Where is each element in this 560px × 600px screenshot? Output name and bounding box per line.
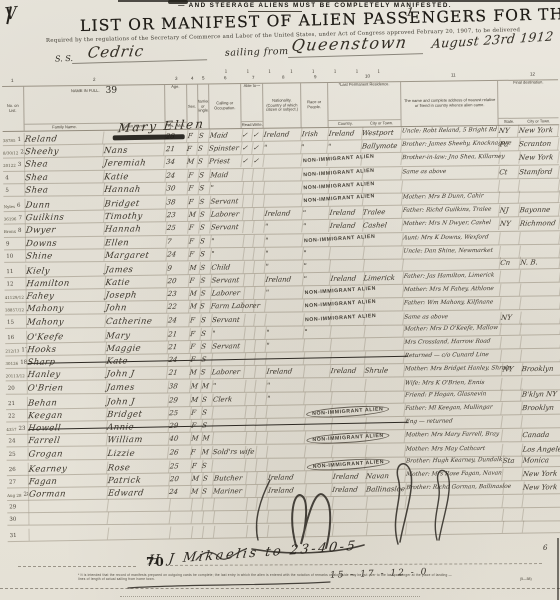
bottom-scan-line-2 [120, 596, 420, 597]
row-number: 2 [20, 150, 24, 156]
cell-n: 24 [6, 434, 28, 446]
cell-st: Sta [502, 454, 523, 467]
cell-st: NJ [499, 204, 520, 216]
cell-na [264, 194, 303, 207]
cell-g: James [105, 262, 168, 275]
cell-dc: New York [523, 481, 560, 494]
row-number: 10 [6, 254, 13, 260]
cell-co [331, 444, 366, 456]
cell-n: 9 [4, 237, 26, 249]
cell-g: Jeremiah [103, 156, 166, 169]
header-write: Write. [252, 121, 263, 128]
row-number: 20 [8, 385, 15, 391]
cell-dc: Richmond [519, 217, 560, 230]
cell-f: Shine [25, 249, 106, 262]
cell-ci [364, 338, 405, 351]
header-no-label: No. on List. [3, 104, 22, 113]
column-number: 10 [365, 74, 370, 79]
cell-a: 24 [169, 486, 192, 498]
cell-re: Brother: James Sheehy, Knocknagore [401, 139, 501, 153]
cell-ra [303, 339, 331, 352]
cell-ra: " [303, 273, 331, 286]
cell-n: 20113/1219 [6, 369, 28, 381]
cell-oc [212, 459, 246, 472]
header-relative: The name and complete address of nearest… [401, 81, 499, 126]
cell-st [499, 191, 520, 204]
header-residence: *Last Permanent Residence. Country. City… [328, 82, 402, 127]
cell-oc: Laborer [211, 366, 245, 379]
cell-co [332, 497, 367, 510]
cell-a: 9 [166, 262, 189, 275]
cell-re [406, 521, 505, 535]
cell-f: Mahony [26, 315, 107, 328]
cell-co: Ireland [329, 272, 364, 285]
cell-g: Nans [103, 143, 166, 156]
cell-g: Patrick [107, 473, 170, 486]
cell-oc: Servant [209, 195, 243, 208]
cell-n: 25 [7, 447, 29, 459]
able-subheaders: Read. Write. [241, 88, 262, 128]
cell-re: Same as above [402, 166, 501, 179]
cell-a: 22 [167, 301, 190, 313]
row-number: 26 [9, 467, 16, 473]
manifest-scan: — AND STEERAGE ALIENS MUST BE COMPLETELY… [0, 0, 560, 600]
header-nationality: Nationality. (Country of which citizen o… [263, 83, 301, 127]
margin-annotation: 38785 [3, 138, 16, 143]
cell-st [501, 350, 522, 362]
cell-a: 21 [167, 341, 190, 354]
cell-dc: Scranton [518, 138, 559, 151]
cell-co [330, 325, 365, 338]
cell-f: O'Brien [27, 381, 108, 394]
cell-n: 22 [6, 409, 28, 421]
row-number: 27 [9, 479, 16, 485]
cell-n: 11 [4, 265, 26, 278]
header-family-name: Family Name. [24, 123, 104, 131]
cell-na: Ireland [267, 484, 306, 497]
cell-f: Hanley [27, 368, 108, 381]
cell-oc: Sold'rs wife [212, 445, 247, 457]
cell-n: 10 [4, 249, 26, 261]
cell-f: Shea [24, 183, 105, 196]
manifest-table: 123456789101112 No. on List. NAME IN FUL… [2, 71, 560, 542]
cell-dc: Monica [522, 454, 560, 467]
cell-a: 40 [168, 433, 191, 445]
cell-ra: " [300, 141, 328, 154]
sailing-from-label: sailing from [225, 46, 289, 59]
cell-co: Ireland [332, 470, 367, 483]
cell-f: Reland [24, 131, 105, 145]
row-number: 22 [8, 413, 15, 419]
cell-oc: Farm Laborer [210, 300, 245, 313]
cell-ra: " [302, 247, 330, 259]
cell-dc [519, 231, 560, 244]
margin-v-mark: V [4, 3, 18, 24]
row-number: 4 [5, 175, 9, 181]
cell-n: 27 [7, 475, 29, 487]
cell-st [502, 388, 523, 401]
cell-re: Brother: Hugh Kearney, Dundalk [405, 455, 504, 469]
row-number: 30 [9, 517, 16, 523]
cell-oc: " [209, 182, 243, 194]
row-number: 24 [8, 439, 15, 445]
cell-na: " [264, 234, 303, 247]
cell-dc [520, 283, 560, 296]
header-able-to: Able to— Read. Write. [241, 84, 263, 128]
cell-re: Returned — c/o Cunard Line [404, 350, 503, 363]
header-city: City or Town. [362, 120, 401, 127]
cell-a: 24 [165, 169, 188, 181]
cell-f: Farrell [27, 434, 108, 447]
cell-oc: Laborer [210, 287, 244, 300]
cell-a: 29 [168, 394, 191, 407]
sheet-number: 39 [106, 86, 118, 96]
cell-n: 15 [5, 315, 27, 327]
cell-ra [305, 497, 333, 509]
cell-dc: New York [522, 467, 560, 480]
margin-annotation: Bronx [4, 229, 16, 234]
header-calling-label: Calling or Occupation. [210, 102, 240, 112]
table-header: No. on List. NAME IN FULL. 39 Family Nam… [2, 79, 559, 132]
scan-right-edge [557, 538, 559, 600]
cell-f: Shea [24, 170, 105, 183]
cell-oc: Butcher [213, 472, 247, 485]
cell-n: 29 [7, 500, 29, 512]
cell-n: 26 [7, 462, 29, 475]
column-number: 7 [252, 75, 255, 80]
cell-n: 201223 [3, 158, 25, 170]
edge-pen-mark: 6 [543, 544, 547, 552]
row-number: 1 [17, 137, 21, 143]
cell-na [265, 313, 304, 326]
cell-a: 7 [166, 235, 189, 247]
cell-st: Ct [499, 166, 520, 178]
column-number: 9 [314, 74, 317, 79]
cell-na: Ireland [267, 471, 306, 484]
row-number: 3 [18, 162, 22, 168]
form-number: (5—58) [520, 577, 532, 581]
cell-re [403, 257, 502, 271]
margin-annotation: 41129/12 [5, 295, 24, 300]
cell-co: " [327, 141, 362, 154]
cell-oc: " [211, 327, 245, 340]
cell-co: Ireland [329, 220, 364, 233]
cell-f [29, 527, 110, 541]
cell-na [265, 300, 304, 313]
cell-dc: Stamford [519, 165, 560, 178]
row-number: 15 [7, 319, 14, 325]
cell-na: " [265, 326, 304, 339]
column-number: 4 [191, 76, 194, 81]
cell-oc [212, 406, 246, 419]
row-number: 11 [6, 269, 13, 275]
cell-st [501, 322, 522, 335]
cell-st: Pa [499, 138, 520, 150]
cell-a: 38 [168, 380, 191, 392]
column-number: 3 [175, 76, 178, 81]
cell-na [268, 498, 307, 511]
cell-na [268, 511, 307, 524]
cell-ci [365, 417, 406, 430]
cell-co [332, 523, 367, 536]
cell-ra [305, 511, 333, 523]
cell-re: Brother-in-law: Jno Shea, Killarney [401, 152, 501, 165]
cell-ra: " [302, 207, 330, 220]
column-number: 6 [224, 75, 227, 80]
cell-re: Friend: P Hogan, Glasnevin [404, 389, 503, 403]
column-number: 2 [93, 77, 96, 82]
cell-re [406, 496, 505, 509]
cell-g: Catherine [105, 314, 168, 327]
cell-f: Shea [24, 157, 105, 170]
cell-dc: B'klyn NY [521, 388, 560, 401]
cell-na [266, 405, 305, 418]
cell-a: 34 [165, 156, 188, 168]
cell-n: 31 [7, 528, 29, 541]
cell-dc [523, 495, 560, 508]
cell-ra [303, 365, 331, 377]
cell-st [502, 402, 523, 414]
margin-annotation: 8/30/12 [3, 150, 18, 155]
cell-co: Ireland [331, 484, 366, 497]
cell-f: Downs [25, 236, 106, 249]
cell-oc: Clerk [212, 393, 246, 406]
cell-dc: Brooklyn [521, 363, 560, 376]
cell-ci: Limerick [363, 272, 404, 285]
cell-re: Aunt: Mrs K Downs, Wexford [402, 232, 501, 245]
cell-st [503, 509, 524, 521]
column-number: 12 [530, 71, 535, 76]
name-in-full-label: NAME IN FULL. [71, 89, 100, 94]
cell-ci [363, 246, 404, 259]
cell-ci [366, 497, 407, 510]
cell-n: 361967 [4, 211, 26, 223]
cell-oc: Spinster [208, 142, 242, 155]
cell-n: 435723 [6, 422, 28, 434]
header-married-label: Married or Single. [198, 100, 209, 114]
cell-ra [305, 471, 333, 484]
cell-n: 5 [3, 183, 25, 195]
cell-g [108, 526, 171, 539]
header-race: Race or People. [301, 83, 328, 127]
cell-ci: Cashel [362, 219, 403, 232]
cell-a: 21 [167, 367, 190, 379]
footer-rule-right [170, 563, 542, 566]
cell-a: 38 [166, 196, 189, 209]
destination-subheaders: State. City or Town. [499, 85, 559, 125]
cell-g: John J [106, 394, 169, 407]
cell-st [499, 152, 520, 164]
cell-re: Mrs Crossland, Harrow Road [404, 336, 503, 350]
cell-dc [521, 322, 560, 335]
ship-name: Cedric [87, 42, 146, 62]
row-number: 29 [9, 505, 16, 511]
cell-ci [366, 522, 407, 535]
cell-ra: " [302, 220, 330, 233]
row-number: 23 [18, 426, 25, 432]
cell-f: Kearney [28, 461, 109, 475]
cell-re: Father: Jas Hamilton, Limerick [403, 271, 502, 285]
cell-ci [365, 444, 406, 457]
margin-annotation: 18857/12 [5, 307, 24, 312]
column-number: 1 [11, 78, 14, 83]
cell-ra: " [303, 326, 331, 339]
cell-re: Mother: Mrs Mary Farrell, Bray [405, 430, 504, 443]
cell-g: Katie [105, 275, 168, 288]
footer-rule-left [18, 566, 136, 567]
cell-ci: Ballymote [361, 140, 402, 153]
cell-a [169, 499, 192, 511]
cell-a: 26 [168, 446, 191, 458]
cell-g: Joseph [105, 288, 168, 301]
cell-co: Ireland [328, 127, 363, 140]
cell-dc [519, 190, 560, 203]
cell-st: NY [501, 364, 522, 376]
cell-a: 23 [167, 288, 190, 300]
cell-dc [520, 270, 560, 283]
cell-n: 18857/1214 [5, 303, 27, 315]
cell-ra [304, 379, 332, 391]
cell-f: Grogan [28, 446, 109, 459]
cell-f: Behan [27, 395, 108, 409]
cell-re: Brother: Richd Gorman, Ballinasloe [405, 482, 505, 495]
cell-f: Hamilton [26, 276, 107, 289]
row-number: 9 [6, 241, 10, 247]
cell-ci: Tralee [362, 206, 403, 219]
cell-a: 21 [165, 143, 188, 156]
row-number: 12 [6, 282, 13, 288]
cell-n: 4 [3, 171, 25, 183]
cell-oc [212, 432, 246, 445]
cell-re: Mother: Mrs Bridget Hanley, Shrule [403, 364, 503, 377]
cell-st [502, 416, 523, 428]
cell-ci [366, 510, 407, 523]
cell-oc: " [210, 234, 244, 247]
cell-st [503, 520, 524, 533]
cell-g: John [105, 301, 168, 314]
header-read: Read. [242, 121, 253, 128]
margin-annotation: Nyles [4, 203, 16, 208]
cell-st: NY [498, 125, 519, 138]
cell-dc [520, 297, 560, 310]
cell-re: Mother: Mrs D O'Keefe, Mallow [403, 323, 502, 337]
cell-dc: Bayonne [519, 204, 560, 217]
margin-annotation: 36196 [4, 216, 17, 221]
cell-f: Sheehy [24, 144, 105, 157]
column-number: 5 [202, 76, 205, 81]
cell-st [500, 298, 521, 310]
cell-oc: Servant [210, 221, 244, 234]
cell-oc [213, 525, 247, 538]
cell-a [169, 512, 192, 524]
cell-na: " [265, 260, 304, 273]
cell-ci [364, 378, 405, 391]
cell-dc [521, 349, 560, 362]
cell-co [329, 259, 364, 272]
cell-n: 8/30/122 [3, 145, 25, 157]
margin-annotation: 20113/12 [6, 373, 25, 378]
cell-ci: Westport [361, 127, 402, 140]
cell-ci: Shrule [364, 365, 405, 378]
cell-g: Katie [104, 169, 167, 182]
cell-n: 16 [5, 331, 27, 344]
cell-co: Ireland [330, 365, 365, 378]
cell-oc: Maid [208, 129, 242, 142]
cell-g [108, 499, 171, 512]
row-number: 31 [10, 533, 17, 539]
cell-a [170, 526, 193, 539]
cell-st [502, 443, 523, 455]
header-race-label: Race or People. [302, 100, 326, 109]
cell-n: 3012618 [5, 356, 27, 368]
cell-a: 25 [169, 460, 192, 473]
cell-n: 41129/1213 [5, 290, 27, 302]
cell-na: " [266, 339, 305, 352]
cell-f: Mahony [26, 302, 107, 315]
cell-ra [306, 523, 334, 536]
header-relative-label: The name and complete address of nearest… [402, 98, 496, 108]
cell-dc [521, 336, 560, 349]
cell-dc: N. B. [520, 256, 560, 269]
cell-st [500, 232, 521, 244]
cell-f: Fagan [28, 474, 109, 487]
header-sex-label: Sex. [188, 104, 196, 109]
cell-n: 20 [6, 381, 28, 393]
cell-st: NY [499, 218, 520, 230]
cell-g: John J [106, 367, 169, 380]
header-country: Country. [328, 120, 362, 127]
header-calling: Calling or Occupation. [209, 84, 242, 128]
row-number: 8 [18, 228, 22, 234]
cell-ci: Navan [366, 470, 407, 483]
cell-dc [523, 520, 560, 533]
cell-f: Guilkins [25, 210, 106, 223]
cell-ra [305, 445, 333, 457]
margin-annotation: Aug 28 [7, 492, 21, 497]
cell-oc: Child [210, 261, 244, 274]
cell-g: Maggie [106, 341, 169, 354]
cell-ci [364, 324, 405, 337]
cell-ra [304, 392, 332, 405]
cell-na [264, 168, 303, 181]
row-number: 21 [8, 401, 15, 407]
cell-st [502, 429, 523, 441]
cell-oc: " [211, 379, 245, 391]
cell-na: " [263, 141, 302, 154]
cell-n: 12 [4, 277, 26, 289]
cell-st: Cn [500, 257, 521, 270]
cell-re: Uncle: Robt Reland, 5 Bright Rd [401, 125, 500, 139]
cell-f: Kiely [25, 263, 106, 277]
cell-f [28, 500, 109, 513]
margin-annotation: 30126 [5, 361, 18, 366]
cell-st [500, 284, 521, 296]
manifest-body: 387851Reland28FSMaid✓✓IrelandIrishIrelan… [3, 125, 560, 541]
header-nationality-label: Nationality. (Country of which citizen o… [264, 98, 299, 112]
cell-dc: Brooklyn [522, 402, 560, 415]
cell-g: Timothy [104, 209, 167, 222]
cell-co [331, 378, 366, 390]
cell-st [503, 495, 524, 507]
cell-n: 21 [6, 397, 28, 410]
fine-print: * It is intended that the record of mani… [78, 573, 460, 582]
margin-annotation: 20122 [3, 163, 16, 168]
cell-co: Ireland [329, 207, 364, 220]
cell-a: 20 [169, 473, 192, 486]
column-number: 11 [451, 72, 456, 77]
cell-ra: " [302, 260, 330, 273]
port-name: Queenstown [290, 33, 409, 55]
